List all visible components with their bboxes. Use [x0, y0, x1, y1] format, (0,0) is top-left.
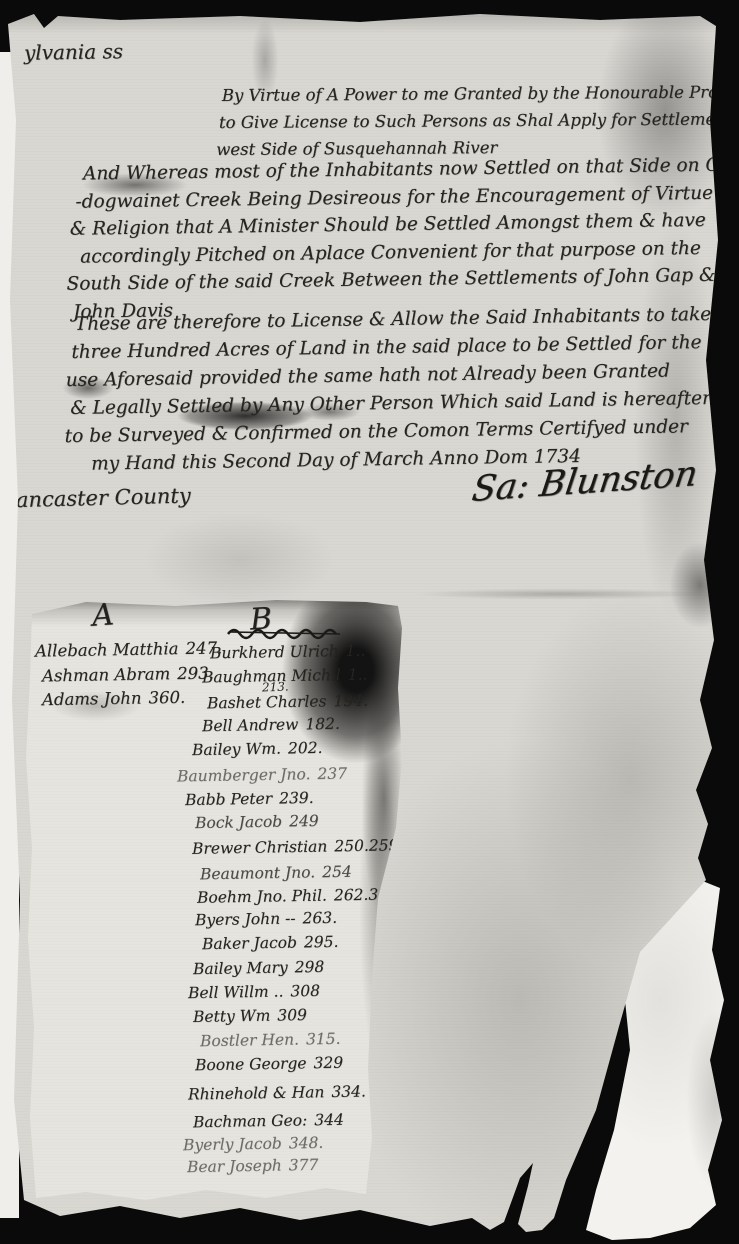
paragraph-license: These are therefore to License & Allow t… — [63, 301, 714, 479]
index-entry: Bashet Charles194. — [207, 692, 368, 713]
manuscript-line: By Virtue of A Power to me Granted by th… — [222, 78, 739, 109]
index-entry: Boone George329 — [195, 1054, 343, 1075]
index-entry: Boehm Jno. Phil.262.374. — [197, 885, 403, 907]
manuscript-line: to Give License to Such Persons as Shal … — [219, 105, 739, 136]
region-heading: ylvania ss — [24, 39, 123, 65]
index-entry: Rhinehold & Han334. — [188, 1082, 366, 1103]
index-entry: Babb Peter239. — [185, 789, 314, 809]
index-entry: Beaumont Jno.254 — [200, 863, 352, 884]
index-entry: Bostler Hen.315. — [200, 1030, 341, 1050]
index-entry: Adams John360. — [42, 688, 186, 709]
index-entry: Bock Jacob249 — [195, 812, 319, 832]
scribbled-out-entry — [226, 624, 346, 642]
index-entry: Ashman Abram293. — [42, 664, 214, 686]
paragraph-whereas: And Whereas most of the Inhabitants now … — [65, 151, 739, 326]
index-slip: A B Allebach Matthia247. Ashman Abram293… — [26, 598, 406, 1212]
index-entry: Baker Jacob295. — [202, 933, 339, 953]
index-entry: Bailey Mary298 — [193, 958, 325, 978]
index-entry: Baumberger Jno.237 — [177, 765, 347, 786]
index-entry: Bachman Geo:344 — [193, 1111, 344, 1132]
index-entry: Bailey Wm.202. — [192, 739, 323, 759]
index-entry: Byers John --263. — [195, 909, 337, 929]
index-entry: Allebach Matthia247. — [35, 638, 223, 660]
county-label: Lancaster County — [2, 484, 191, 513]
index-entry: Bell Willm ..308 — [188, 982, 320, 1002]
document-scan: ylvania ss By Virtue of A Power to me Gr… — [0, 0, 739, 1244]
index-entry: Bear Joseph377 — [187, 1156, 319, 1176]
index-entry: Betty Wm309 — [193, 1006, 307, 1026]
paragraph-power-granted: By Virtue of A Power to me Granted by th… — [222, 78, 739, 163]
index-entry: Byerly Jacob348. — [183, 1134, 324, 1154]
index-entry: Bell Andrew182. — [202, 715, 340, 735]
index-entry: Burkherd Ulrich1.. — [210, 642, 366, 663]
index-entry: Baughman Mich.l1.. — [202, 666, 368, 687]
index-entry: Brewer Christian250.259. — [192, 836, 404, 858]
